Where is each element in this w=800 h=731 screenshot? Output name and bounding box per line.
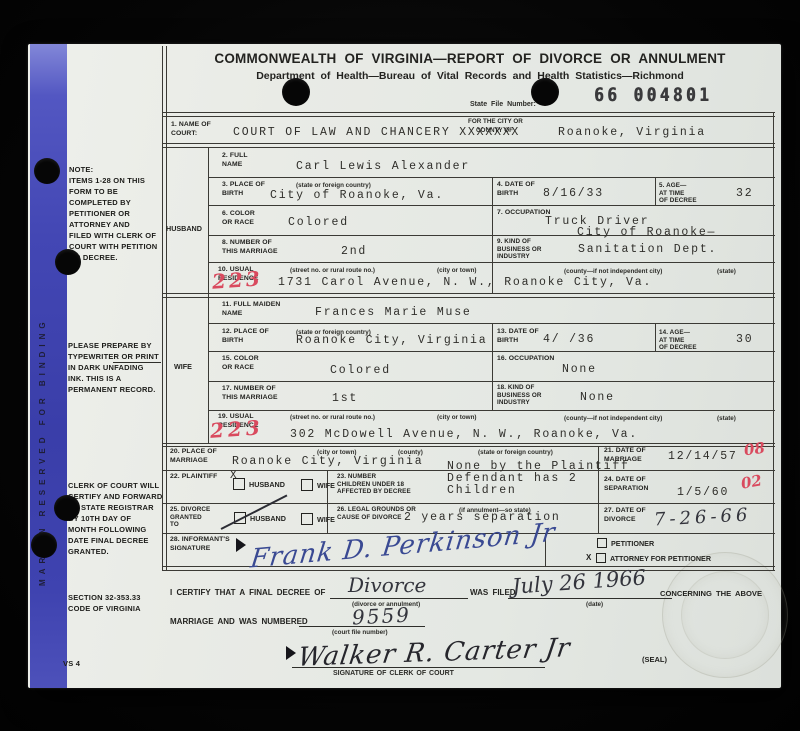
wife-name-value: Frances Marie Muse xyxy=(315,307,472,319)
form-subtitle: Department of Health—Bureau of Vital Rec… xyxy=(190,70,750,82)
husband-industry-value: Sanitation Dept. xyxy=(578,244,717,256)
husband-age-label: 5. AGE— AT TIME OF DECREE xyxy=(659,182,697,205)
husband-birthplace-label: 3. PLACE OF BIRTH xyxy=(222,181,265,198)
hole-punch xyxy=(55,249,81,275)
binding-margin-label: MARGIN RESERVED FOR BINDING xyxy=(38,248,47,656)
husband-age-value: 32 xyxy=(736,188,753,200)
marriage-place-label: 20. PLACE OF MARRIAGE xyxy=(170,448,217,465)
hole-punch xyxy=(31,532,57,558)
wife-residence-value: 302 McDowell Avenue, N. W., Roanoke, Va. xyxy=(290,429,638,441)
filed-date-sub: (date) xyxy=(586,601,603,608)
grid-line xyxy=(162,443,775,444)
grid-line xyxy=(162,116,775,117)
print-underline xyxy=(113,362,161,363)
husband-residence-sub3: (county—if not independent city) xyxy=(564,268,662,275)
separation-date-red-annotation: 02 xyxy=(740,471,764,492)
margin-note-clerk: CLERK OF COURT WILL CERTIFY AND FORWARD … xyxy=(68,480,163,557)
grid-line xyxy=(162,143,775,144)
clerk-caption: SIGNATURE OF CLERK OF COURT xyxy=(333,670,454,677)
husband-residence-value: 1731 Carol Avenue, N. W., Roanoke City, … xyxy=(278,277,652,289)
grid-line xyxy=(492,323,493,410)
wife-marriage-no-label: 17. NUMBER OF THIS MARRIAGE xyxy=(222,385,278,402)
plaintiff-wife-option: WIFE xyxy=(317,481,335,490)
wife-industry-value: None xyxy=(580,392,615,404)
was-filed-text: WAS FILED xyxy=(470,588,516,597)
decree-type-value: Divorce xyxy=(348,573,426,597)
petitioner-checkbox xyxy=(597,538,607,548)
wife-residence-sub4: (state) xyxy=(717,415,736,422)
wife-section-label: WIFE xyxy=(174,362,192,371)
grid-line xyxy=(162,503,775,504)
grid-line xyxy=(655,177,656,205)
wife-residence-sub1: (street no. or rural route no.) xyxy=(290,414,375,421)
grid-line xyxy=(166,46,167,570)
husband-occupation-label: 7. OCCUPATION xyxy=(497,209,551,218)
husband-birthplace-value: City of Roanoke, Va. xyxy=(270,190,444,202)
scanned-divorce-report: MARGIN RESERVED FOR BINDING NOTE: ITEMS … xyxy=(0,0,800,731)
husband-race-value: Colored xyxy=(288,217,349,229)
hole-punch xyxy=(282,78,310,106)
file-number-value: 9559 xyxy=(351,602,411,629)
wife-industry-label: 18. KIND OF BUSINESS OR INDUSTRY xyxy=(497,384,542,407)
grid-line xyxy=(655,323,656,351)
marriage-date-red-annotation: 08 xyxy=(743,439,766,460)
husband-birthplace-sub: (state or foreign country) xyxy=(296,182,371,189)
clerk-arrow-icon xyxy=(286,646,296,660)
grid-line xyxy=(208,410,775,411)
husband-residence-sub2: (city or town) xyxy=(437,267,477,274)
husband-name-value: Carl Lewis Alexander xyxy=(296,161,470,173)
husband-residence-red-annotation: 223 xyxy=(211,266,263,293)
wife-residence-red-annotation: 223 xyxy=(209,415,264,443)
form-code: VS 4 xyxy=(63,658,80,669)
state-file-number-stamp: 66 004801 xyxy=(594,83,712,105)
wife-race-value: Colored xyxy=(330,365,391,377)
granted-husband-option: HUSBAND xyxy=(250,514,286,523)
grid-line xyxy=(162,147,775,148)
children-value: None by the Plaintiff Defendant has 2 Ch… xyxy=(447,461,630,496)
granted-to-label: 25. DIVORCE GRANTED TO xyxy=(170,506,210,529)
grid-line xyxy=(162,297,775,298)
concerning-text: CONCERNING THE ABOVE xyxy=(660,589,762,598)
court-name-label: 1. NAME OF COURT: xyxy=(171,121,211,138)
grid-line xyxy=(162,46,163,570)
grid-line xyxy=(773,112,774,570)
numbered-text: MARRIAGE AND WAS NUMBERED xyxy=(170,617,308,626)
grid-line xyxy=(162,293,775,294)
husband-marriage-no-value: 2nd xyxy=(341,246,367,258)
wife-birthplace-value: Roanoke City, Virginia xyxy=(296,335,487,347)
attorney-checkmark: X xyxy=(586,553,591,562)
wife-residence-sub3: (county—if not independent city) xyxy=(564,415,662,422)
petitioner-option: PETITIONER xyxy=(611,539,654,548)
marriage-date-value: 12/14/57 xyxy=(668,451,738,463)
husband-name-label: 2. FULL NAME xyxy=(222,152,248,169)
granted-wife-option: WIFE xyxy=(317,515,335,524)
wife-residence-sub2: (city or town) xyxy=(437,414,477,421)
wife-marriage-no-value: 1st xyxy=(332,393,358,405)
divorce-date-label: 27. DATE OF DIVORCE xyxy=(604,507,646,524)
informant-arrow-icon xyxy=(236,538,246,552)
wife-occupation-label: 16. OCCUPATION xyxy=(497,355,554,364)
attorney-checkbox xyxy=(596,553,606,563)
separation-date-value: 1/5/60 xyxy=(677,487,729,499)
marriage-place-value: Roanoke City, Virginia xyxy=(232,456,423,468)
for-city-label: FOR THE CITY OR xyxy=(468,118,523,125)
binding-margin-strip xyxy=(30,44,67,688)
children-label: 23. NUMBER CHILDREN UNDER 18 AFFECTED BY… xyxy=(337,473,411,496)
wife-birthplace-label: 12. PLACE OF BIRTH xyxy=(222,328,269,345)
wife-age-label: 14. AGE— AT TIME OF DECREE xyxy=(659,329,697,352)
margin-note-section: SECTION 32-353.33 CODE OF VIRGINIA xyxy=(68,592,163,614)
state-file-number-label: State File Number: xyxy=(470,101,536,108)
margin-note: NOTE: ITEMS 1-28 ON THIS FORM TO BE COMP… xyxy=(69,164,161,263)
wife-occupation-value: None xyxy=(562,364,597,376)
seal-label: (SEAL) xyxy=(642,655,667,664)
informant-label: 28. INFORMANT'S SIGNATURE xyxy=(170,536,230,553)
husband-dob-label: 4. DATE OF BIRTH xyxy=(497,181,535,198)
margin-note-prepare: PLEASE PREPARE BY TYPEWRITER OR PRINT IN… xyxy=(68,340,163,395)
husband-residence-sub1: (street no. or rural route no.) xyxy=(290,267,375,274)
marriage-place-sub3: (state or foreign country) xyxy=(478,449,553,456)
husband-occupation-value2: City of Roanoke— xyxy=(577,227,716,239)
wife-race-label: 15. COLOR OR RACE xyxy=(222,355,259,372)
grid-line xyxy=(208,147,209,443)
plaintiff-wife-checkbox xyxy=(301,479,313,491)
husband-industry-label: 9. KIND OF BUSINESS OR INDUSTRY xyxy=(497,238,542,261)
wife-dob-label: 13. DATE OF BIRTH xyxy=(497,328,539,345)
plaintiff-label: 22. PLAINTIFF xyxy=(170,473,217,482)
plaintiff-husband-option: HUSBAND xyxy=(249,480,285,489)
husband-section-label: HUSBAND xyxy=(166,224,202,233)
attorney-option: ATTORNEY FOR PETITIONER xyxy=(610,554,711,563)
hole-punch xyxy=(54,495,80,521)
hole-punch xyxy=(34,158,60,184)
granted-wife-checkbox xyxy=(301,513,313,525)
grid-line xyxy=(162,112,775,113)
wife-dob-value: 4/ /36 xyxy=(543,334,595,346)
grid-line xyxy=(162,446,775,447)
husband-race-label: 6. COLOR OR RACE xyxy=(222,210,255,227)
embossed-seal-inner xyxy=(681,571,769,659)
court-name-value: COURT OF LAW AND CHANCERY XXXXXXX xyxy=(233,127,520,139)
wife-age-value: 30 xyxy=(736,334,753,346)
certify-text: I CERTIFY THAT A FINAL DECREE OF xyxy=(170,588,325,597)
decree-underline xyxy=(330,598,468,599)
husband-dob-value: 8/16/33 xyxy=(543,188,604,200)
file-number-sub: (court file number) xyxy=(332,629,388,636)
hole-punch xyxy=(531,78,559,106)
wife-name-label: 11. FULL MAIDEN NAME xyxy=(222,301,280,318)
plaintiff-husband-checkmark: X xyxy=(230,471,238,483)
husband-marriage-no-label: 8. NUMBER OF THIS MARRIAGE xyxy=(222,239,278,256)
filed-date-underline xyxy=(508,598,672,599)
husband-residence-sub4: (state) xyxy=(717,268,736,275)
form-title: COMMONWEALTH OF VIRGINIA—REPORT OF DIVOR… xyxy=(190,51,750,66)
court-place-value: Roanoke, Virginia xyxy=(558,127,706,139)
